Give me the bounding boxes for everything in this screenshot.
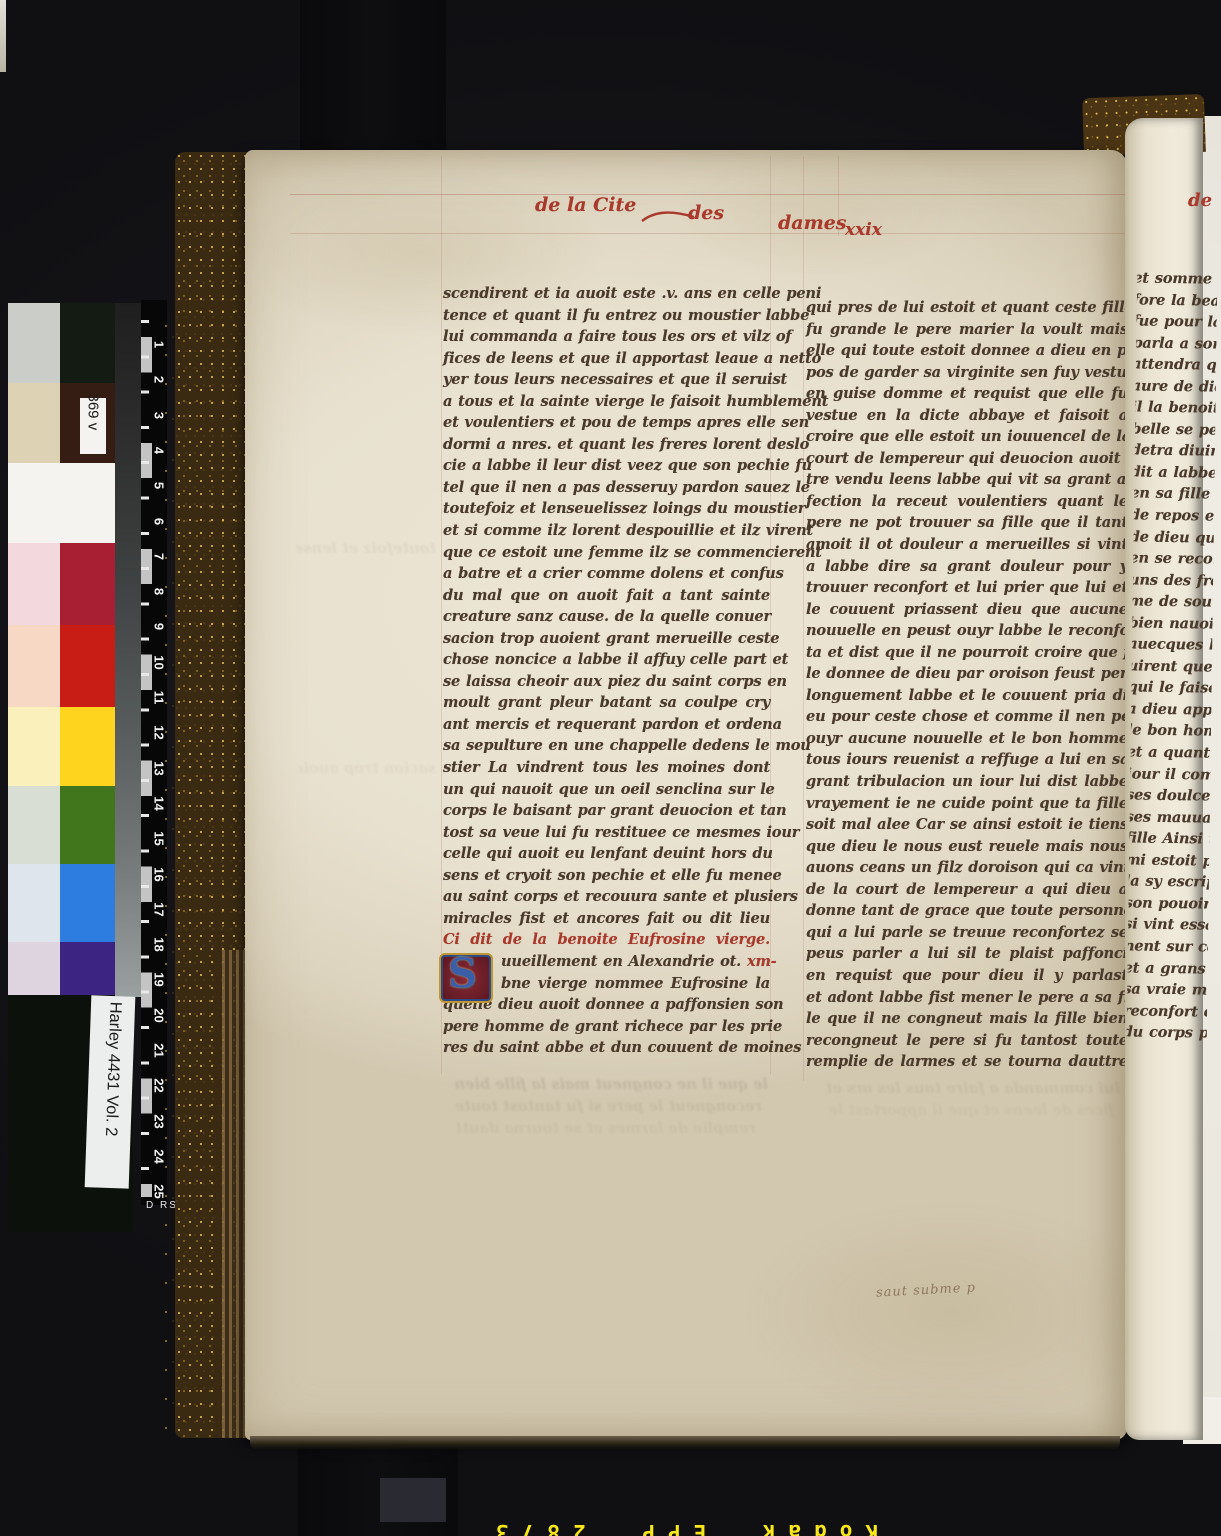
text-line: pere ne pot trouuer sa fille que il tant: [806, 512, 1128, 534]
text-line: chose noncice a labbe il affuy celle par…: [443, 649, 770, 671]
color-patch: [8, 786, 60, 864]
text-line: a labbe dire sa grant douleur pour y: [806, 556, 1128, 578]
text-line-fragment: aure de dieu et q: [1132, 375, 1216, 398]
text-line: le donnee de dieu par oroison feust peri…: [806, 663, 1128, 685]
patch-row: [8, 463, 115, 543]
text-line-fragment: et a quant il bie: [1126, 741, 1210, 764]
ruling-line: [441, 156, 442, 1074]
color-patch: [60, 707, 115, 786]
text-line: tre vendu leens labbe qui vit sa grant a…: [806, 469, 1128, 491]
text-line-fragment: de dieu que se u: [1129, 526, 1213, 549]
shelfmark-label: Harley 4431 Vol. 2: [85, 995, 136, 1188]
text-line: qui pres de lui estoit et quant ceste fi…: [806, 297, 1128, 319]
text-line-fragment: mi estoit pas b: [1125, 849, 1209, 872]
color-patch: [60, 942, 115, 995]
text-line: que dieu le nous eust reuele mais nous: [806, 836, 1128, 858]
text-line: toutefoiz et lenseuelissez loings du mou…: [443, 498, 770, 520]
text-line-fragment: attendra que sa: [1132, 354, 1216, 377]
color-patch: [60, 625, 115, 707]
text-line: le couuent priassent dieu que aucune: [806, 599, 1128, 621]
text-line: trouuer reconfort et lui prier que lui e…: [806, 577, 1128, 599]
text-line: grant tribulacion un iour lui dist labbe: [806, 771, 1128, 793]
patch-row: [8, 543, 115, 625]
text-line-fragment: a dieu appeler a: [1127, 698, 1211, 721]
color-patch: [8, 543, 60, 625]
ruler-ticks: [141, 320, 149, 1200]
text-line: tel que il nen a pas desseruy pardon sau…: [443, 477, 770, 499]
text-line: celle qui auoit eu lenfant deuint hors d…: [443, 843, 770, 865]
text-line: creature sanz cause. de la quelle conuer: [443, 606, 770, 628]
text-line: ant mercis et requerant pardon et ordena: [443, 714, 770, 736]
text-line-fragment: parla a son pere: [1132, 332, 1216, 355]
shelfmark-text: Harley 4431 Vol. 2: [99, 1001, 124, 1182]
text-line: recongneut le pere si fu tantost toute: [806, 1030, 1128, 1052]
text-line: nouuelle en peust ouyr labbe le reconfor: [806, 620, 1128, 642]
text-line: qui a lui parle se treuue reconfortez se: [806, 922, 1128, 944]
right-text-column: qui pres de lui estoit et quant ceste fi…: [806, 297, 1128, 1073]
patch-row: [8, 707, 115, 786]
text-line: tost sa veue lui fu restituee ce mesmes …: [443, 822, 770, 844]
cradle-strap-top: [300, 0, 446, 160]
patch-row: [8, 786, 115, 864]
text-line-fragment: uirent que la au: [1128, 655, 1212, 678]
patch-row: [8, 303, 115, 383]
text-line: tous iours reuenist a reffuge a lui en s…: [806, 749, 1128, 771]
text-line-fragment: sa vraie mort ou: [1123, 978, 1207, 1001]
color-patch: [60, 864, 115, 942]
text-line: et adont labbe fist mener le pere a sa f…: [806, 987, 1128, 1009]
text-line-segment: uueillement en Alexandrie ot.: [501, 953, 741, 970]
text-line-fragment: du corps pour se h: [1123, 1022, 1207, 1045]
text-line: elle qui toute estoit donnee a dieu en p…: [806, 340, 1128, 362]
text-line: miracles fist et ancores fait ou dit lie…: [443, 908, 770, 930]
text-line: et voulentiers et pou de temps apres ell…: [443, 412, 770, 434]
text-line: peus parler a lui sil te plaist paffonci: [806, 943, 1128, 965]
page-edge-shadow: [250, 1436, 1120, 1450]
text-line: un qui nauoit que un oeil senclina sur l…: [443, 779, 770, 801]
show-through-text: fices de leens et que il apportast leaue…: [828, 1102, 1114, 1119]
text-line: amoit il ot douleur a merueilles si vint: [806, 534, 1128, 556]
folio-number-label: 369 v: [80, 398, 106, 454]
text-line: remplie de larmes et se tourna dauttre: [806, 1051, 1128, 1073]
color-patch: [8, 707, 60, 786]
text-line-fragment: auecques lui et: [1128, 634, 1212, 657]
next-page-header-fragment: de: [1188, 190, 1212, 211]
chapter-number-red: xm-: [747, 953, 777, 970]
text-line: dormi a nres. et quant les freres lorent…: [443, 434, 770, 456]
ruling-line: [290, 233, 1202, 234]
text-line: stier La vindrent tous les moines dont: [443, 757, 770, 779]
text-line-fragment: bien nauoit fo: [1128, 612, 1212, 635]
text-line-fragment: fille Ainsi trespa: [1125, 828, 1209, 851]
patch-row: [8, 864, 115, 942]
left-text-column: scendirent et ia auoit este .v. ans en c…: [443, 283, 770, 1059]
text-line: ta et dist que il ne pourroit croire que…: [806, 642, 1128, 664]
running-header-left: de la Cite: [535, 194, 636, 216]
rubric-line: Ci dit de la benoite Eufrosine vierge.: [443, 929, 770, 951]
text-line: yer tous leurs necessaires et que il ser…: [443, 369, 770, 391]
manuscript-photograph: 369 v Harley 4431 Vol. 2 123456789101112…: [0, 0, 1221, 1536]
text-line-fragment: me de souuent: [1129, 591, 1213, 614]
text-line: croire que elle estoit un iouuencel de l…: [806, 426, 1128, 448]
patch-row: [8, 625, 115, 707]
text-line: en guise domme et requist que elle fu: [806, 383, 1128, 405]
text-line: a batre et a crier comme dolens et confu…: [443, 563, 770, 585]
running-header-mid: des: [688, 202, 724, 224]
text-line: sa sepulture en une chappelle dedens le …: [443, 735, 770, 757]
text-line: sacion trop auoient grant merueille cest…: [443, 628, 770, 650]
text-line-fragment: et somme se il fu: [1133, 267, 1217, 290]
text-line: pere homme de grant richece par les prie: [443, 1016, 770, 1038]
color-patch: [8, 383, 60, 463]
ruling-line: [290, 194, 1202, 195]
text-line: corps le baisant par grant deuocion et t…: [443, 800, 770, 822]
gray-step-wedge: [115, 303, 141, 997]
text-line: tence et quant il fu entrez ou moustier …: [443, 305, 770, 327]
show-through-text: le que il ne congneut mais la fille bien: [450, 1076, 768, 1093]
text-line: a tous et la sainte vierge le faisoit hu…: [443, 391, 770, 413]
text-line: et si comme ilz lorent despouillie et il…: [443, 520, 770, 542]
color-patch: [8, 303, 60, 383]
folio-number-text: 369 v: [85, 394, 102, 452]
text-line: moult grant pleur batant sa coulpe cry: [443, 692, 770, 714]
text-line: pos de garder sa virginite sen fuy vestu…: [806, 362, 1128, 384]
running-header-center: dames: [778, 212, 847, 234]
text-line: en requist que pour dieu il y parlast: [806, 965, 1128, 987]
text-line-fragment: ses mauuaises faictes: [1126, 806, 1210, 829]
next-page-text-column: et somme se il fufore la beaute etfue po…: [1123, 267, 1218, 1328]
color-patch: [60, 543, 115, 625]
text-line-fragment: qui le faisoit ap: [1127, 677, 1211, 700]
text-line: de la court de lempereur a qui dieu a: [806, 879, 1128, 901]
running-header-folio-number: xxix: [845, 220, 882, 240]
color-patch: [60, 786, 115, 864]
text-line-fragment: son pouoir ofer: [1124, 892, 1208, 915]
color-patch: [8, 942, 60, 995]
illuminated-initial: S: [439, 953, 493, 1003]
text-line-fragment: en se recommand: [1129, 548, 1213, 571]
text-line: vestue en la dicte abbaye et faisoit a: [806, 405, 1128, 427]
text-line-fragment: uns des freres se: [1129, 569, 1213, 592]
text-line: se laissa cheoir aux piez du saint corps…: [443, 671, 770, 693]
film-brand-text: Kodak EPP 2873: [408, 1504, 878, 1536]
color-patch: [60, 303, 115, 383]
text-line-fragment: en sa fille nauoit: [1130, 483, 1214, 506]
show-through-text: recongneut le pere si fu tantost toute: [452, 1098, 762, 1115]
text-line-fragment: si vint essayer: [1124, 914, 1208, 937]
text-line-fragment: fore la beaute et: [1133, 289, 1217, 312]
text-line: fices de leens et que il apportast leaue…: [443, 348, 770, 370]
text-line-fragment: le bon homme s: [1127, 720, 1211, 743]
text-line-fragment: ses doulces parolles: [1126, 785, 1210, 808]
show-through-text: remplie de larmes et se tourna dauttre: [456, 1120, 756, 1137]
color-patch: [8, 625, 60, 707]
text-line: fection la receut voulentiers quant le: [806, 491, 1128, 513]
text-line-fragment: reconfort et aussi: [1123, 1000, 1207, 1023]
text-line-fragment: et a grans cris: [1123, 957, 1207, 980]
text-line-fragment: detra diuine sen: [1131, 440, 1215, 463]
text-line-fragment: fue pour lasprece: [1133, 311, 1217, 334]
text-line: auons ceans un filz doroison qui ca vint: [806, 857, 1128, 879]
text-line: eu pour ceste chose et comme il nen peus…: [806, 706, 1128, 728]
text-line: fu grande le pere marier la voult mais: [806, 319, 1128, 341]
text-line-fragment: de repos et suis d: [1130, 504, 1214, 527]
patch-row: [8, 942, 115, 995]
text-line: cie a labbe il leur dist veez que son pe…: [443, 455, 770, 477]
text-line: lui commanda a faire tous les ors et vil…: [443, 326, 770, 348]
text-line: le que il ne congneut mais la fille bien: [806, 1008, 1128, 1030]
text-line: du mal que on auoit fait a tant sainte: [443, 585, 770, 607]
text-line: au saint corps et recouura sante et plus…: [443, 886, 770, 908]
text-line: vrayement ie ne cuide point que ta fille: [806, 793, 1128, 815]
text-line: scendirent et ia auoit este .v. ans en c…: [443, 283, 770, 305]
text-line: donne tant de grace que toute personne: [806, 900, 1128, 922]
color-patch: [8, 864, 60, 942]
film-frame-sliver: [0, 0, 6, 72]
text-line-fragment: iour il commenca: [1126, 763, 1210, 786]
show-through-text: lui commanda a faire tous les ors et vil…: [820, 1080, 1120, 1097]
text-line: que ce estoit une femme ilz se commencie…: [443, 542, 770, 564]
text-line: soit mal alee Car se ainsi estoit ie tie…: [806, 814, 1128, 836]
initial-block: S uueillement en Alexandrie ot. xm- bne …: [443, 951, 770, 994]
text-line-fragment: nent sur cela vint: [1124, 935, 1208, 958]
show-through-text: toutefoiz et lenseuelissez loings du mou…: [296, 540, 436, 557]
text-line: sens et cryoit son pechie et elle fu men…: [443, 865, 770, 887]
initial-letter: S: [448, 950, 477, 997]
text-line-fragment: il la benoit et qu: [1131, 397, 1215, 420]
text-line-fragment: la sy escript tene: [1125, 871, 1209, 894]
text-line: longuement labbe et le couuent pria di: [806, 685, 1128, 707]
text-line: court de lempereur qui deuocion auoit de…: [806, 448, 1128, 470]
text-line-fragment: dit a labbe que onc: [1130, 461, 1214, 484]
text-line-fragment: belle se pere qui: [1131, 418, 1215, 441]
show-through-text: sacion trop auoient grant merueille cest…: [298, 760, 436, 777]
text-line: ouyr aucune nouuelle et le bon homme: [806, 728, 1128, 750]
text-line: res du saint abbe et dun couuent de moin…: [443, 1037, 770, 1059]
